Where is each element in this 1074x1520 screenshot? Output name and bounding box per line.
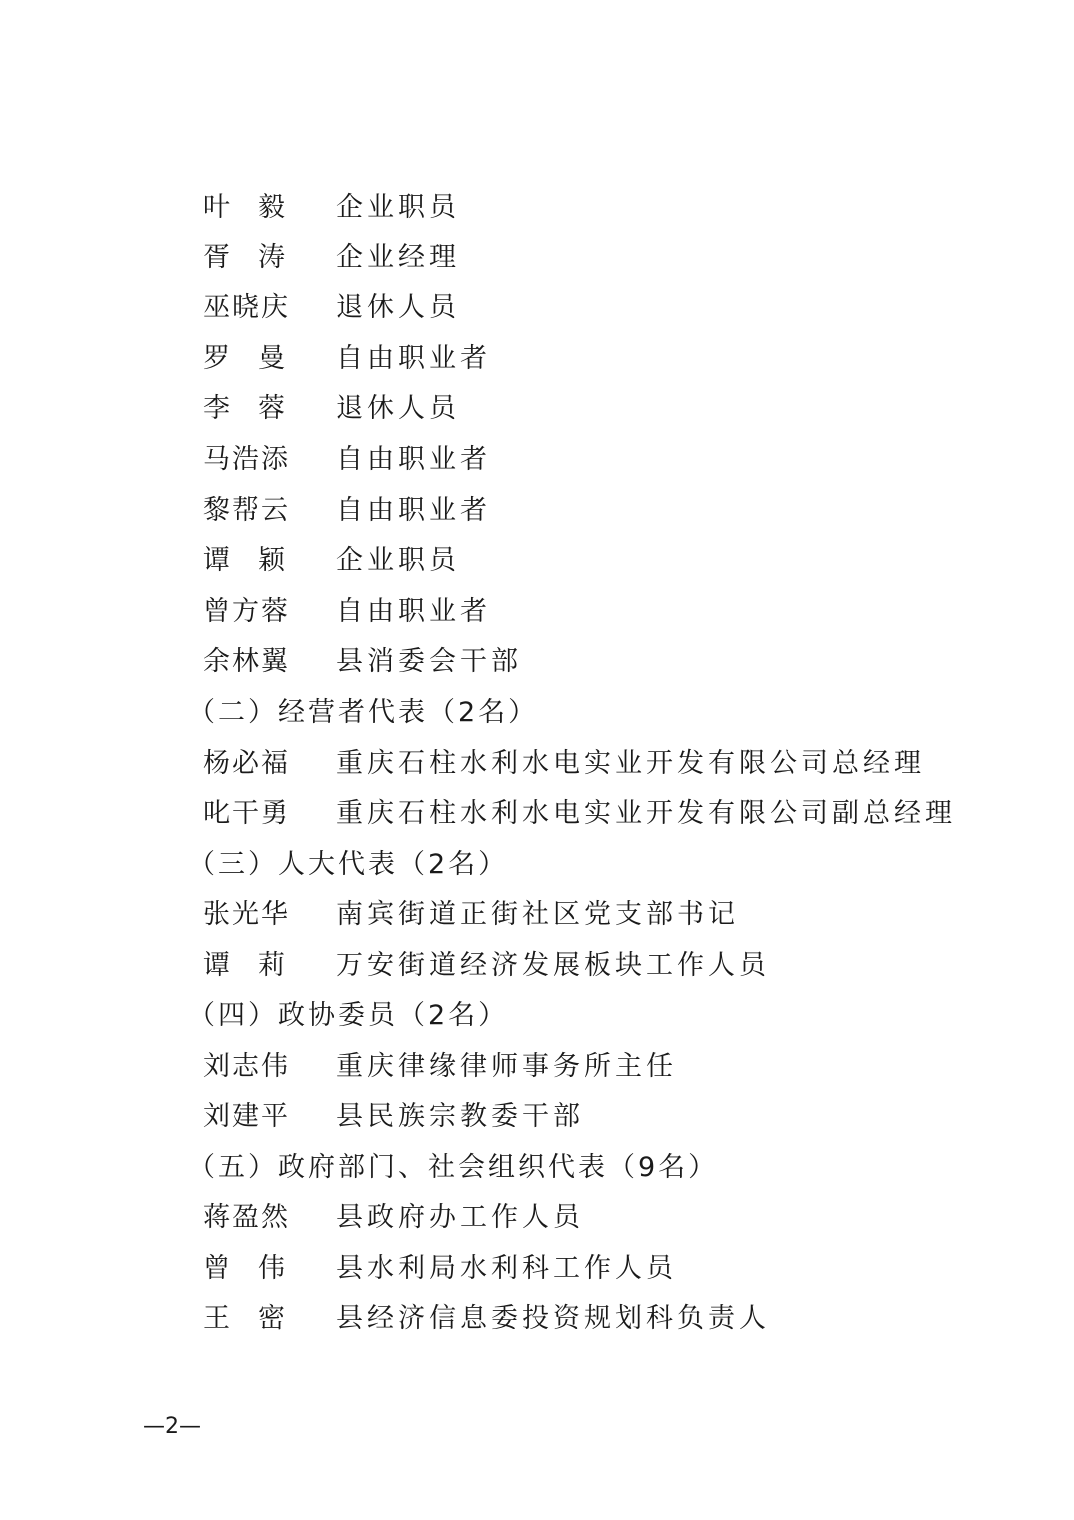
- member-role: 退休人员: [336, 384, 460, 434]
- name-char: 毅: [258, 183, 287, 233]
- name-char: 曾: [203, 1244, 232, 1294]
- member-role: 企业职员: [336, 183, 460, 233]
- name-char: 谭: [203, 941, 232, 991]
- member-name: 李蓉: [203, 384, 287, 434]
- member-name: 王密: [203, 1294, 287, 1344]
- member-role: 县消委会干部: [336, 637, 522, 687]
- member-role: 南宾街道正街社区党支部书记: [336, 890, 739, 940]
- member-role: 万安街道经济发展板块工作人员: [336, 941, 770, 991]
- name-char: 蓉: [258, 384, 287, 434]
- member-name: 谭颖: [203, 536, 287, 586]
- member-role: 县政府办工作人员: [336, 1193, 584, 1243]
- member-name: 杨必福: [203, 739, 293, 789]
- section-heading: （三）人大代表（2名）: [188, 840, 508, 890]
- name-char: 罗: [203, 334, 232, 384]
- member-role: 自由职业者: [336, 486, 491, 536]
- member-role: 县水利局水利科工作人员: [336, 1244, 677, 1294]
- member-role: 自由职业者: [336, 334, 491, 384]
- name-char: 王: [203, 1294, 232, 1344]
- document-page: 叶毅 企业职员 胥涛 企业经理 巫晓庆 退休人员 罗曼 自由职业者 李蓉 退休人…: [0, 0, 1074, 1520]
- member-role: 自由职业者: [336, 435, 491, 485]
- member-role: 重庆律缘律师事务所主任: [336, 1042, 677, 1092]
- section-heading: （四）政协委员（2名）: [188, 991, 508, 1041]
- name-char: 叶: [203, 183, 232, 233]
- member-name: 谭莉: [203, 941, 287, 991]
- name-char: 颖: [258, 536, 287, 586]
- section-heading: （五）政府部门、社会组织代表（9名）: [188, 1143, 718, 1193]
- member-name: 叶毅: [203, 183, 287, 233]
- member-role: 重庆石柱水利水电实业开发有限公司副总经理: [336, 789, 956, 839]
- page-number: —2—: [143, 1412, 201, 1442]
- member-name: 叱干勇: [203, 789, 293, 839]
- name-char: 伟: [258, 1244, 287, 1294]
- section-heading: （二）经营者代表（2名）: [188, 688, 538, 738]
- name-char: 涛: [258, 233, 287, 283]
- member-name: 刘志伟: [203, 1042, 293, 1092]
- name-char: 李: [203, 384, 232, 434]
- name-char: 曼: [258, 334, 287, 384]
- member-name: 刘建平: [203, 1092, 293, 1142]
- member-name: 蒋盈然: [203, 1193, 293, 1243]
- member-name: 巫晓庆: [203, 283, 293, 333]
- member-name: 马浩添: [203, 435, 293, 485]
- name-char: 莉: [258, 941, 287, 991]
- member-role: 企业经理: [336, 233, 460, 283]
- member-name: 曾伟: [203, 1244, 287, 1294]
- member-role: 企业职员: [336, 536, 460, 586]
- member-role: 自由职业者: [336, 587, 491, 637]
- member-role: 重庆石柱水利水电实业开发有限公司总经理: [336, 739, 925, 789]
- member-role: 县经济信息委投资规划科负责人: [336, 1294, 770, 1344]
- member-role: 县民族宗教委干部: [336, 1092, 584, 1142]
- member-name: 张光华: [203, 890, 293, 940]
- member-name: 余林翼: [203, 637, 293, 687]
- name-char: 胥: [203, 233, 232, 283]
- name-char: 密: [258, 1294, 287, 1344]
- member-role: 退休人员: [336, 283, 460, 333]
- name-char: 谭: [203, 536, 232, 586]
- member-name: 黎帮云: [203, 486, 293, 536]
- member-name: 曾方蓉: [203, 587, 293, 637]
- member-name: 胥涛: [203, 233, 287, 283]
- member-name: 罗曼: [203, 334, 287, 384]
